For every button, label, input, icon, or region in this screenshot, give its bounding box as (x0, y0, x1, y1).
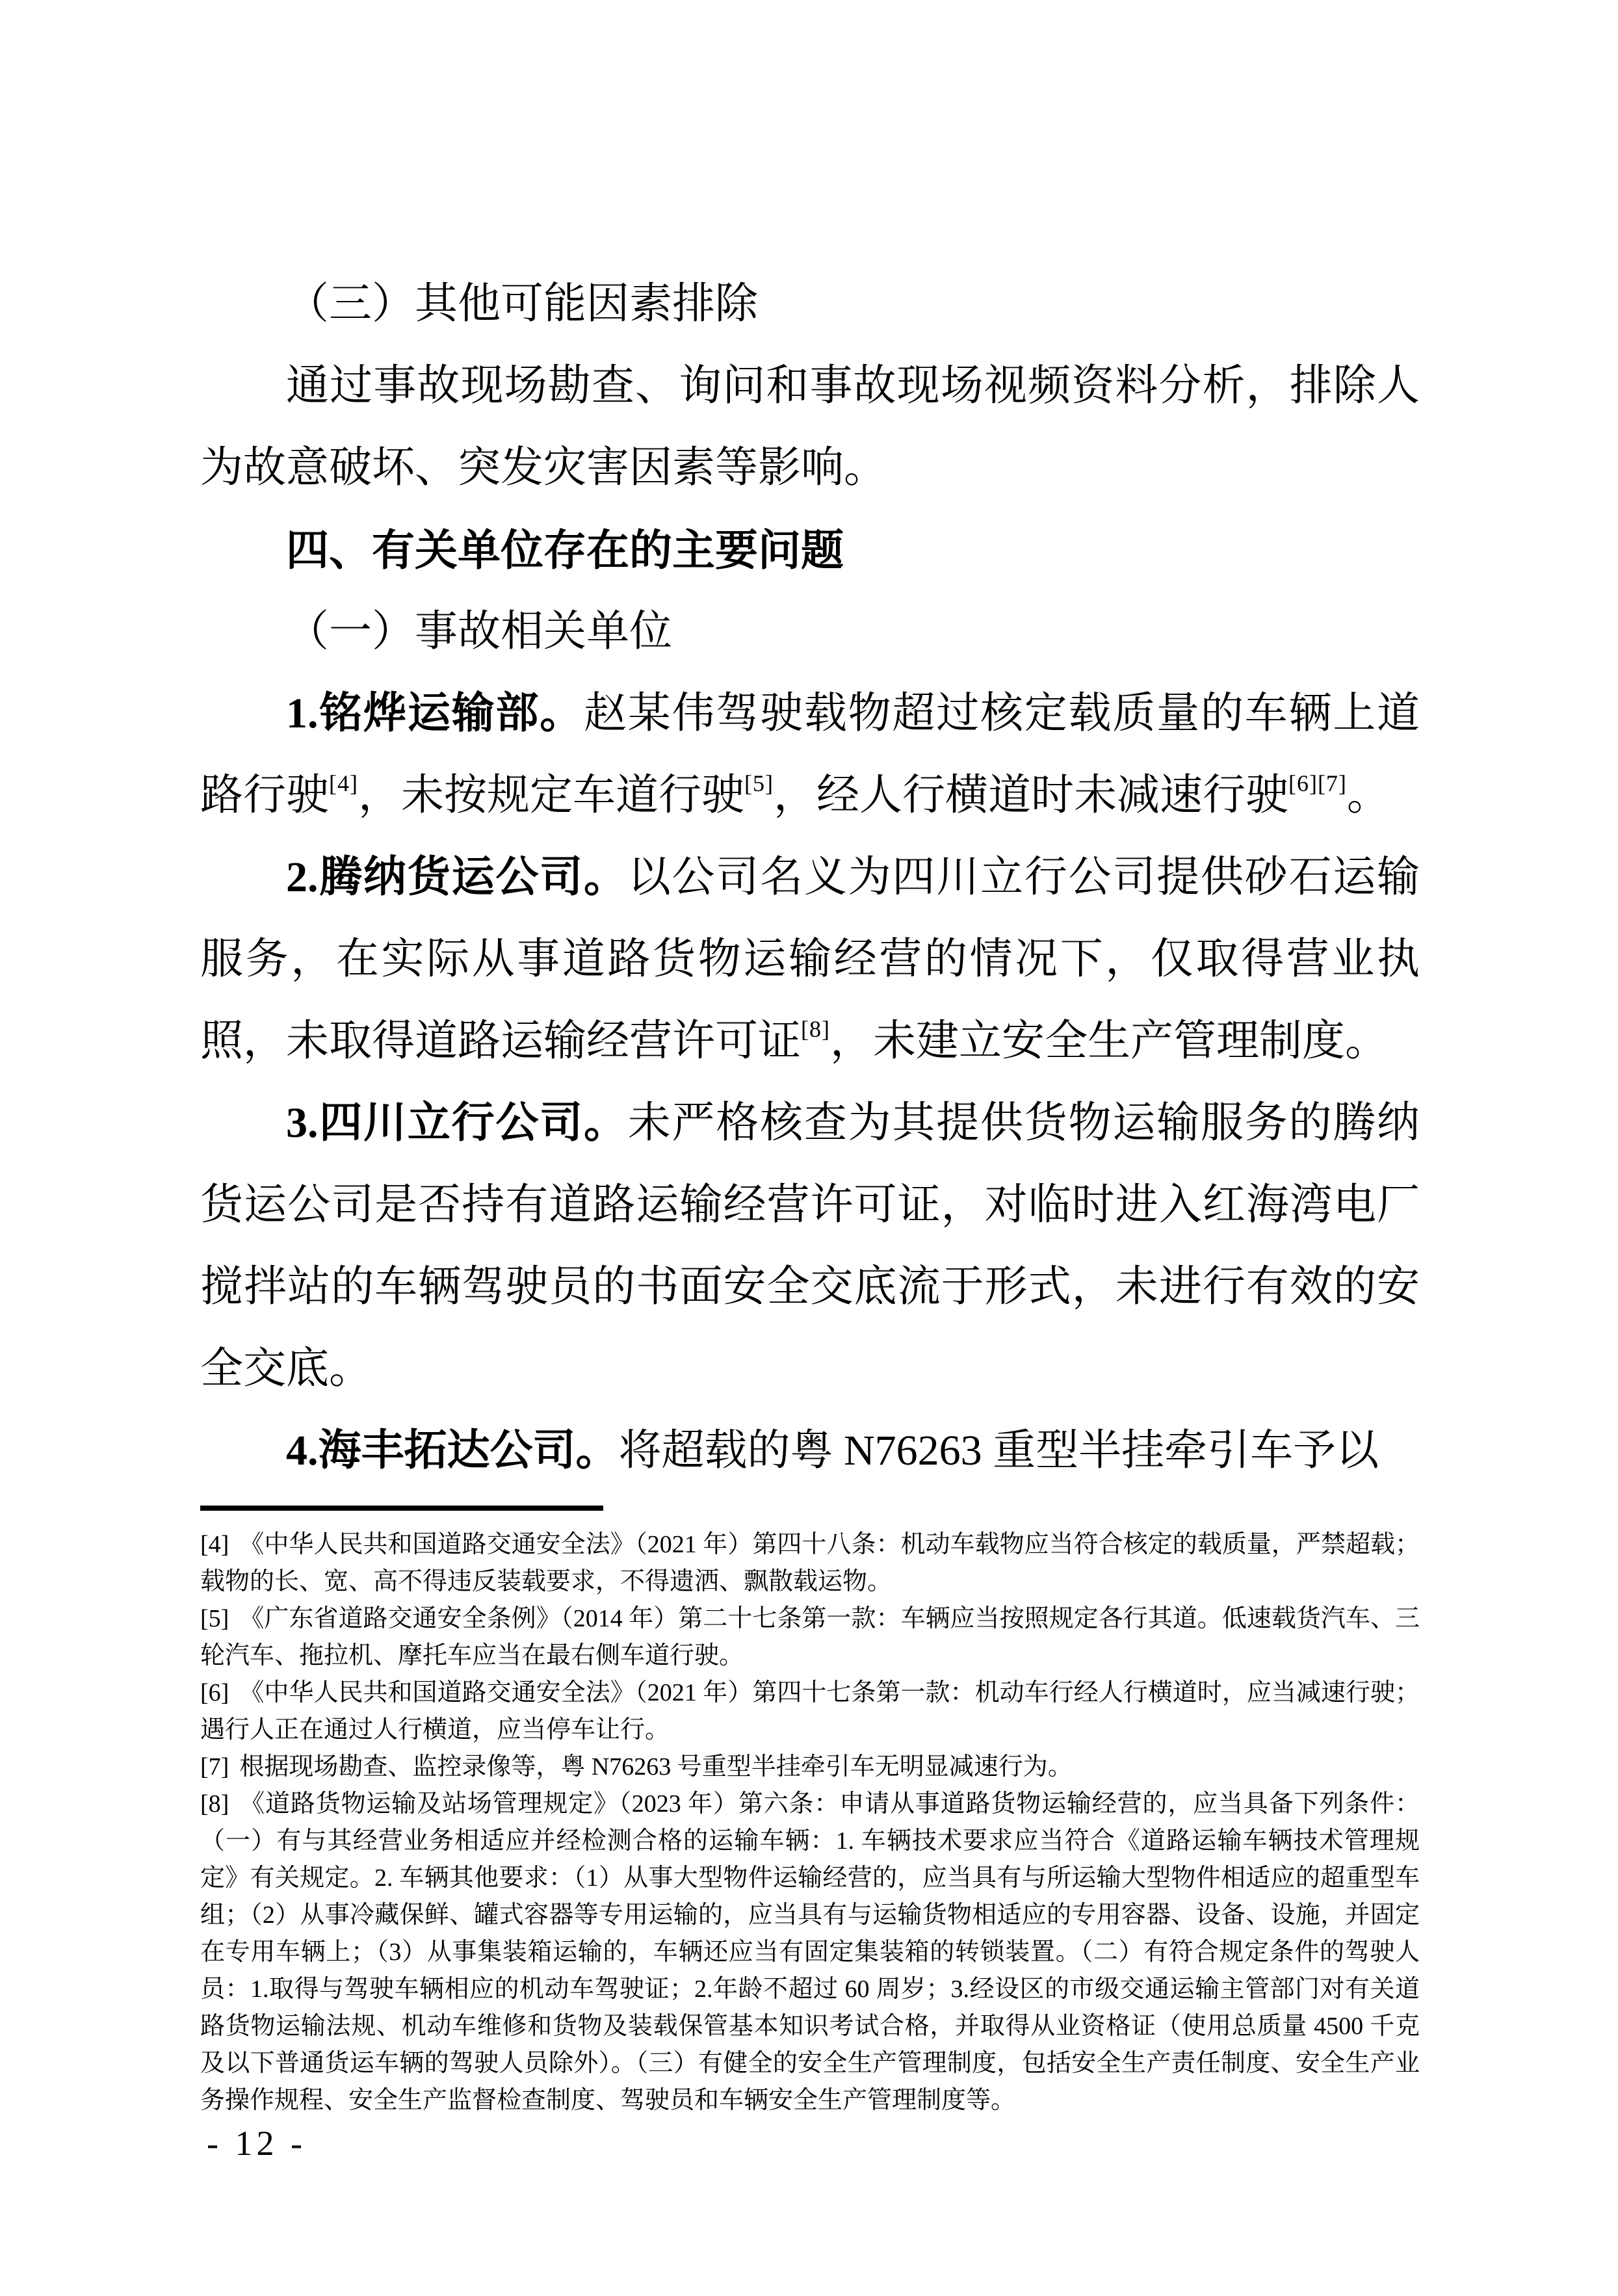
footnote-6-text: 《中华人民共和国道路交通安全法》（2021 年）第四十七条第一款：机动车行经人行… (200, 1679, 1420, 1743)
footnote-6-marker: [6] (200, 1679, 229, 1706)
footnote-5: [5]《广东省道路交通安全条例》（2014 年）第二十七条第一款：车辆应当按照规… (200, 1600, 1420, 1675)
unit-4-text-1: 将超载的粤 N76263 重型半挂牵引车予以 (619, 1427, 1379, 1474)
footnote-4-marker: [4] (200, 1531, 229, 1558)
heading-section-4-1-label: （一）事故相关单位 (286, 608, 672, 655)
unit-1-text-4: 。 (1347, 772, 1390, 819)
footnote-8-marker: [8] (200, 1790, 229, 1818)
footnote-6: [6]《中华人民共和国道路交通安全法》（2021 年）第四十七条第一款：机动车行… (200, 1675, 1420, 1749)
footnote-ref-4: [4] (329, 770, 358, 796)
unit-3-name: 3.四川立行公司。 (286, 1099, 628, 1147)
paragraph-unit-1: 1.铭烨运输部。赵某伟驾驶载物超过核定载质量的车辆上道路行驶[4]，未按规定车道… (200, 673, 1420, 837)
footnote-4: [4]《中华人民共和国道路交通安全法》（2021 年）第四十八条：机动车载物应当… (200, 1526, 1420, 1600)
heading-section-4: 四、有关单位存在的主要问题 (200, 509, 1420, 591)
heading-section-4-label: 四、有关单位存在的主要问题 (286, 526, 844, 574)
unit-1-text-2: ，未按规定车道行驶 (358, 772, 744, 819)
footnote-5-marker: [5] (200, 1605, 229, 1632)
unit-2-name: 2.腾纳货运公司。 (286, 854, 628, 901)
paragraph-unit-2: 2.腾纳货运公司。以公司名义为四川立行公司提供砂石运输服务，在实际从事道路货物运… (200, 837, 1420, 1082)
paragraph-unit-4: 4.海丰拓达公司。将超载的粤 N76263 重型半挂牵引车予以 (200, 1410, 1420, 1492)
heading-section-3: （三）其他可能因素排除 (200, 263, 1420, 345)
unit-1-name: 1.铭烨运输部。 (286, 690, 584, 737)
footnote-separator (200, 1506, 603, 1511)
heading-section-3-label: （三）其他可能因素排除 (286, 280, 758, 328)
footnote-ref-8: [8] (801, 1016, 830, 1042)
document-body: （三）其他可能因素排除 通过事故现场勘查、询问和事故现场视频资料分析，排除人为故… (200, 263, 1420, 1492)
footnote-7: [7]根据现场勘查、监控录像等，粤 N76263 号重型半挂牵引车无明显减速行为… (200, 1749, 1420, 1786)
footnote-ref-5: [5] (744, 770, 774, 796)
footnote-4-text: 《中华人民共和国道路交通安全法》（2021 年）第四十八条：机动车载物应当符合核… (200, 1531, 1420, 1595)
unit-1-text-3: ，经人行横道时未减速行驶 (774, 772, 1288, 819)
footnotes-section: [4]《中华人民共和国道路交通安全法》（2021 年）第四十八条：机动车载物应当… (200, 1506, 1420, 2119)
footnote-8-text: 《道路货物运输及站场管理规定》（2023 年）第六条：申请从事道路货物运输经营的… (200, 1790, 1420, 2114)
paragraph-exclusion: 通过事故现场勘查、询问和事故现场视频资料分析，排除人为故意破坏、突发灾害因素等影… (200, 345, 1420, 509)
document-page: （三）其他可能因素排除 通过事故现场勘查、询问和事故现场视频资料分析，排除人为故… (0, 0, 1618, 2296)
footnote-5-text: 《广东省道路交通安全条例》（2014 年）第二十七条第一款：车辆应当按照规定各行… (200, 1605, 1420, 1669)
footnote-8: [8]《道路货物运输及站场管理规定》（2023 年）第六条：申请从事道路货物运输… (200, 1786, 1420, 2119)
page-number: - 12 - (207, 2123, 306, 2163)
unit-4-name: 4.海丰拓达公司。 (286, 1427, 619, 1474)
paragraph-unit-3: 3.四川立行公司。未严格核查为其提供货物运输服务的腾纳货运公司是否持有道路运输经… (200, 1082, 1420, 1410)
unit-2-text-2: ，未建立安全生产管理制度。 (830, 1017, 1388, 1065)
heading-section-4-1: （一）事故相关单位 (200, 591, 1420, 673)
footnote-7-marker: [7] (200, 1753, 229, 1781)
footnote-ref-6-7: [6][7] (1288, 770, 1347, 796)
paragraph-exclusion-text: 通过事故现场勘查、询问和事故现场视频资料分析，排除人为故意破坏、突发灾害因素等影… (200, 362, 1420, 491)
footnote-7-text: 根据现场勘查、监控录像等，粤 N76263 号重型半挂牵引车无明显减速行为。 (239, 1753, 1072, 1781)
